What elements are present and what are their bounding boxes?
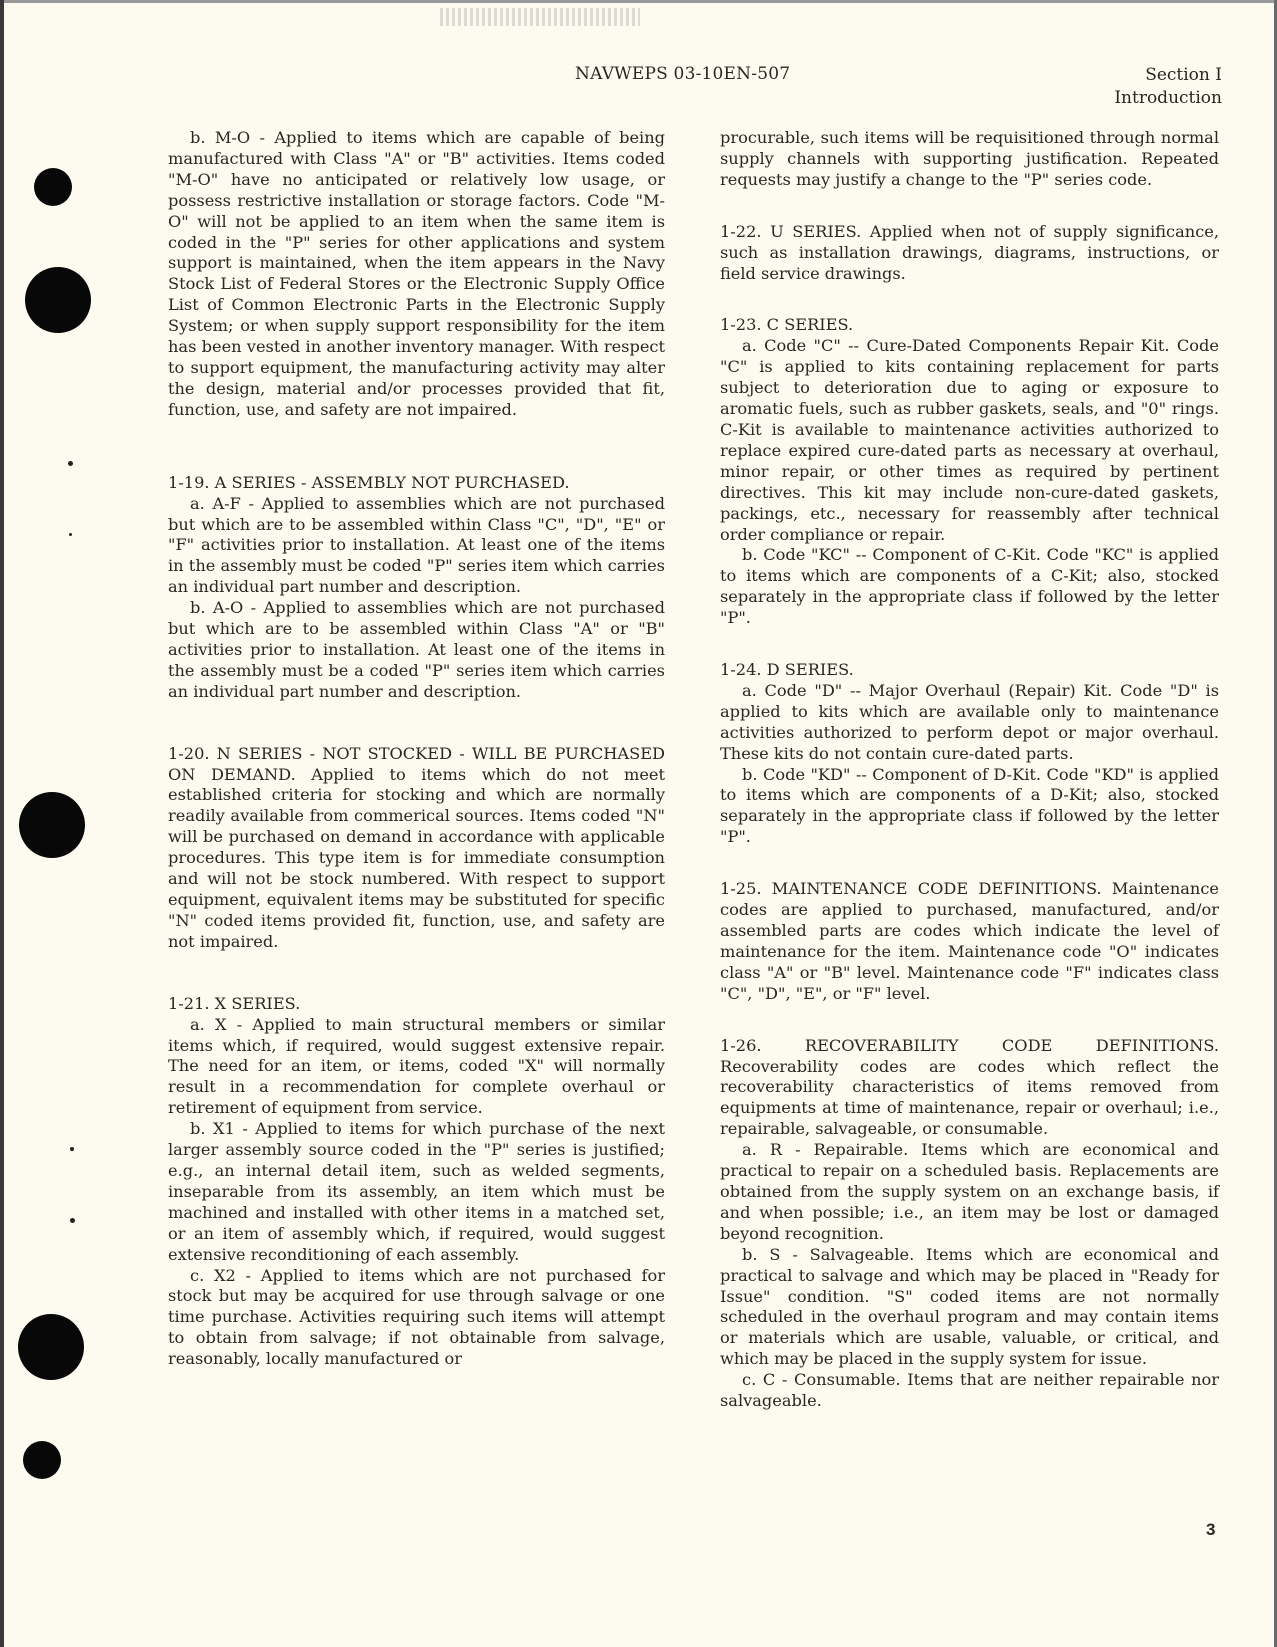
paragraph-m-o: b. M-O - Applied to items which are capa… xyxy=(168,128,665,421)
paragraph-1-23-b: b. Code "KC" -- Component of C-Kit. Code… xyxy=(720,545,1219,629)
scan-smudge xyxy=(440,8,640,26)
section-label: Section I xyxy=(1114,64,1222,87)
left-column: b. M-O - Applied to items which are capa… xyxy=(168,128,665,1370)
heading-1-24: 1-24. D SERIES. xyxy=(720,660,1219,681)
paragraph-1-23-a: a. Code "C" -- Cure-Dated Components Rep… xyxy=(720,336,1219,545)
paragraph-1-26-c: c. C - Consumable. Items that are neithe… xyxy=(720,1370,1219,1412)
page-edge-top xyxy=(0,0,1277,3)
right-column: procurable, such items will be requisiti… xyxy=(720,128,1219,1412)
document-number: NAVWEPS 03-10EN-507 xyxy=(575,64,790,84)
scan-speck xyxy=(68,461,73,466)
paragraph-1-25: 1-25. MAINTENANCE CODE DEFINITIONS. Main… xyxy=(720,879,1219,1004)
paragraph-x2-continued: procurable, such items will be requisiti… xyxy=(720,128,1219,191)
paragraph-1-22: 1-22. U SERIES. Applied when not of supp… xyxy=(720,222,1219,285)
page-number: 3 xyxy=(1206,1520,1215,1540)
scan-speck xyxy=(70,1147,74,1151)
binder-hole-icon xyxy=(23,1441,61,1479)
section-header: Section I Introduction xyxy=(1114,64,1222,110)
heading-1-21: 1-21. X SERIES. xyxy=(168,994,665,1015)
paragraph-1-21-a: a. X - Applied to main structural member… xyxy=(168,1015,665,1120)
paragraph-1-26-b: b. S - Salvageable. Items which are econ… xyxy=(720,1245,1219,1370)
scan-speck xyxy=(70,1218,75,1223)
paragraph-1-19-a: a. A-F - Applied to assemblies which are… xyxy=(168,494,665,599)
scan-speck xyxy=(69,533,72,536)
paragraph-1-24-a: a. Code "D" -- Major Overhaul (Repair) K… xyxy=(720,681,1219,765)
paragraph-1-21-b: b. X1 - Applied to items for which purch… xyxy=(168,1119,665,1265)
paragraph-1-19-b: b. A-O - Applied to assemblies which are… xyxy=(168,598,665,703)
binder-hole-icon xyxy=(34,168,72,206)
heading-1-19: 1-19. A SERIES - ASSEMBLY NOT PURCHASED. xyxy=(168,473,665,494)
binder-hole-icon xyxy=(19,792,85,858)
binder-hole-icon xyxy=(25,267,91,333)
paragraph-1-20: 1-20. N SERIES - NOT STOCKED - WILL BE P… xyxy=(168,744,665,953)
paragraph-1-26-a: a. R - Repairable. Items which are econo… xyxy=(720,1140,1219,1245)
section-title: Introduction xyxy=(1114,87,1222,110)
paragraph-1-26: 1-26. RECOVERABILITY CODE DEFINITIONS. R… xyxy=(720,1036,1219,1141)
heading-1-23: 1-23. C SERIES. xyxy=(720,315,1219,336)
paragraph-1-21-c: c. X2 - Applied to items which are not p… xyxy=(168,1266,665,1371)
binder-hole-icon xyxy=(18,1314,84,1380)
page-edge-left xyxy=(0,0,4,1647)
paragraph-1-24-b: b. Code "KD" -- Component of D-Kit. Code… xyxy=(720,765,1219,849)
